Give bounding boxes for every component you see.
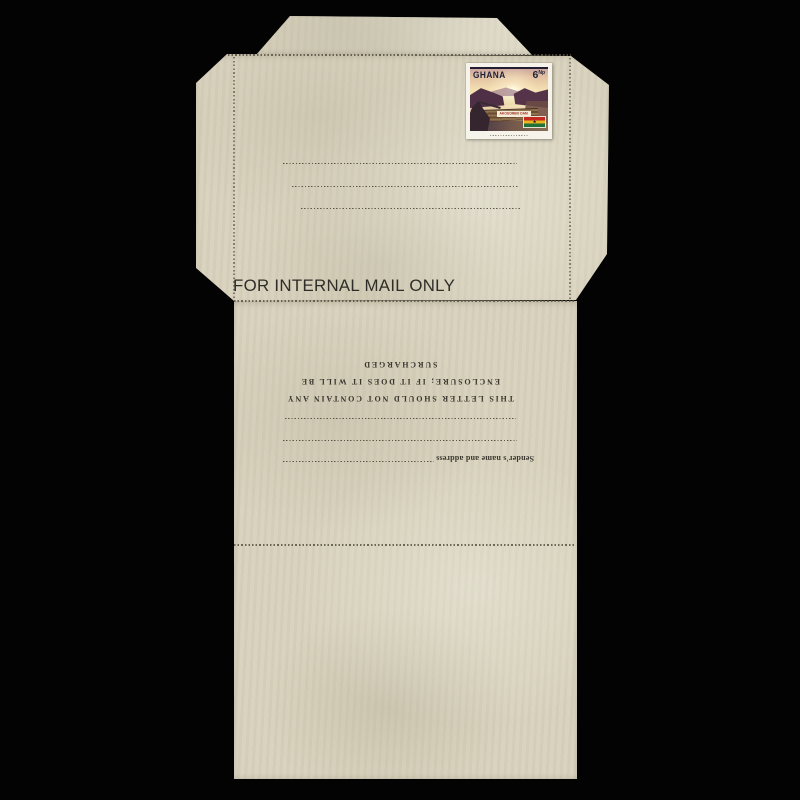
address-line — [301, 208, 520, 209]
stamp-denomination: 6Np — [532, 69, 545, 81]
postage-stamp: AKOSOMBO DAM ★ GHANA 6Np — [466, 63, 552, 139]
enclosure-notice-line1: THIS LETTER SHOULD NOT CONTAIN ANY — [263, 390, 537, 407]
fold-line-flap — [228, 54, 571, 56]
fold-line-lower — [234, 544, 576, 546]
fold-line-upper — [234, 300, 576, 302]
sender-line — [283, 440, 517, 441]
address-line — [292, 186, 518, 187]
stamp-country-name: GHANA — [473, 70, 506, 80]
stamp-design: AKOSOMBO DAM ★ GHANA 6Np — [470, 67, 548, 131]
ghana-flag: ★ — [524, 117, 545, 128]
stamp-denomination-unit: Np — [538, 70, 545, 76]
dam-caption: AKOSOMBO DAM — [500, 112, 528, 115]
photo-black-backdrop: FOR INTERNAL MAIL ONLY THIS LETTER SHOUL… — [0, 0, 800, 800]
stamp-imprint-microtext — [490, 135, 528, 136]
sender-line — [283, 461, 434, 462]
flag-black-star: ★ — [532, 120, 536, 125]
enclosure-notice: THIS LETTER SHOULD NOT CONTAIN ANY ENCLO… — [263, 356, 537, 407]
fold-line-left-side — [233, 57, 235, 300]
enclosure-notice-line2: ENCLOSURE; IF IT DOES IT WILL BE SURCHAR… — [263, 356, 537, 390]
sender-name-label: Sender's name and address — [436, 454, 534, 463]
sender-line — [285, 418, 516, 419]
fold-line-right-side — [569, 58, 571, 300]
aerogramme-top-flap — [256, 16, 532, 55]
address-line — [283, 163, 517, 164]
internal-mail-notice: FOR INTERNAL MAIL ONLY — [233, 277, 455, 296]
